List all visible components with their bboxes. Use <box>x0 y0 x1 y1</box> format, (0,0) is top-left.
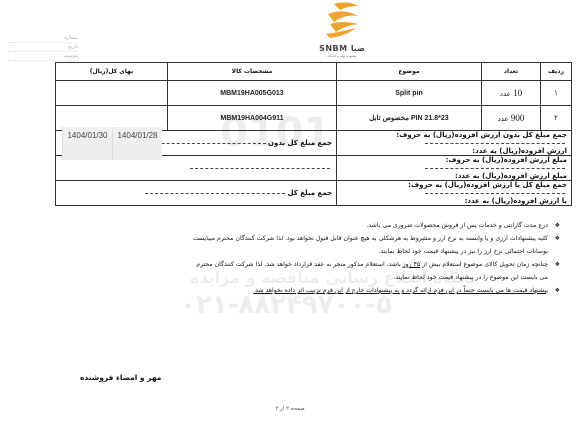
row-index: ۱ <box>541 81 572 106</box>
summary-row-total: جمع مبلغ کل با ارزش افزوده(ریال) به حروف… <box>56 181 572 206</box>
row-qty: 10 عدد <box>482 81 541 106</box>
note-form-required: پیشنهاد قیمت ها می بایست حتماً در این فر… <box>40 284 560 297</box>
note-delivery: چنانچه زمان تحویل کالای موضوع استعلام بی… <box>40 258 560 284</box>
row-index: ۲ <box>541 106 572 131</box>
row-spec: MBM19HA004G911 <box>168 106 337 131</box>
date-field: تاریخ <box>8 43 78 52</box>
end-date: 1404/01/30 <box>62 127 112 160</box>
row-qty: 900 عدد <box>482 106 541 131</box>
notes-list: درج مدت گارانتی و خدمات پس از فروش محصول… <box>40 219 560 297</box>
col-total: بهای کل(ریال) <box>56 63 168 81</box>
note-currency: کلیه پیشنهادات ارزی و یا وابسته به نرخ ا… <box>40 232 560 258</box>
table-row: ۱ 10 عدد Split pin MBM19HA005G013 <box>56 81 572 106</box>
row-total <box>56 81 168 106</box>
company-name: SNBM صبا <box>312 44 372 53</box>
company-subtitle: مجموعه تولید و خدمات <box>312 54 372 58</box>
col-spec: مشخصات کالا <box>168 63 337 81</box>
note-warranty: درج مدت گارانتی و خدمات پس از فروش محصول… <box>40 219 560 232</box>
col-subject: موضوع <box>337 63 482 81</box>
page-number: صفحه ۲ از ۲ <box>250 406 330 412</box>
number-field: شماره <box>8 34 78 43</box>
date-range-box: 1404/01/30 1404/01/28 <box>62 127 162 160</box>
row-subject: PIN 21.8*23 مخصوص تابل <box>337 106 482 131</box>
seller-seal-label: مهر و امضاء فروشنده <box>80 373 161 382</box>
row-subject: Split pin <box>337 81 482 106</box>
table-header-row: ردیف تعداد موضوع مشخصات کالا بهای کل(ریا… <box>56 63 572 81</box>
col-qty: تعداد <box>482 63 541 81</box>
header-fields: شماره تاریخ پیوست <box>8 34 78 61</box>
attachment-field: پیوست <box>8 52 78 61</box>
start-date: 1404/01/28 <box>112 127 162 160</box>
row-spec: MBM19HA005G013 <box>168 81 337 106</box>
col-index: ردیف <box>541 63 572 81</box>
